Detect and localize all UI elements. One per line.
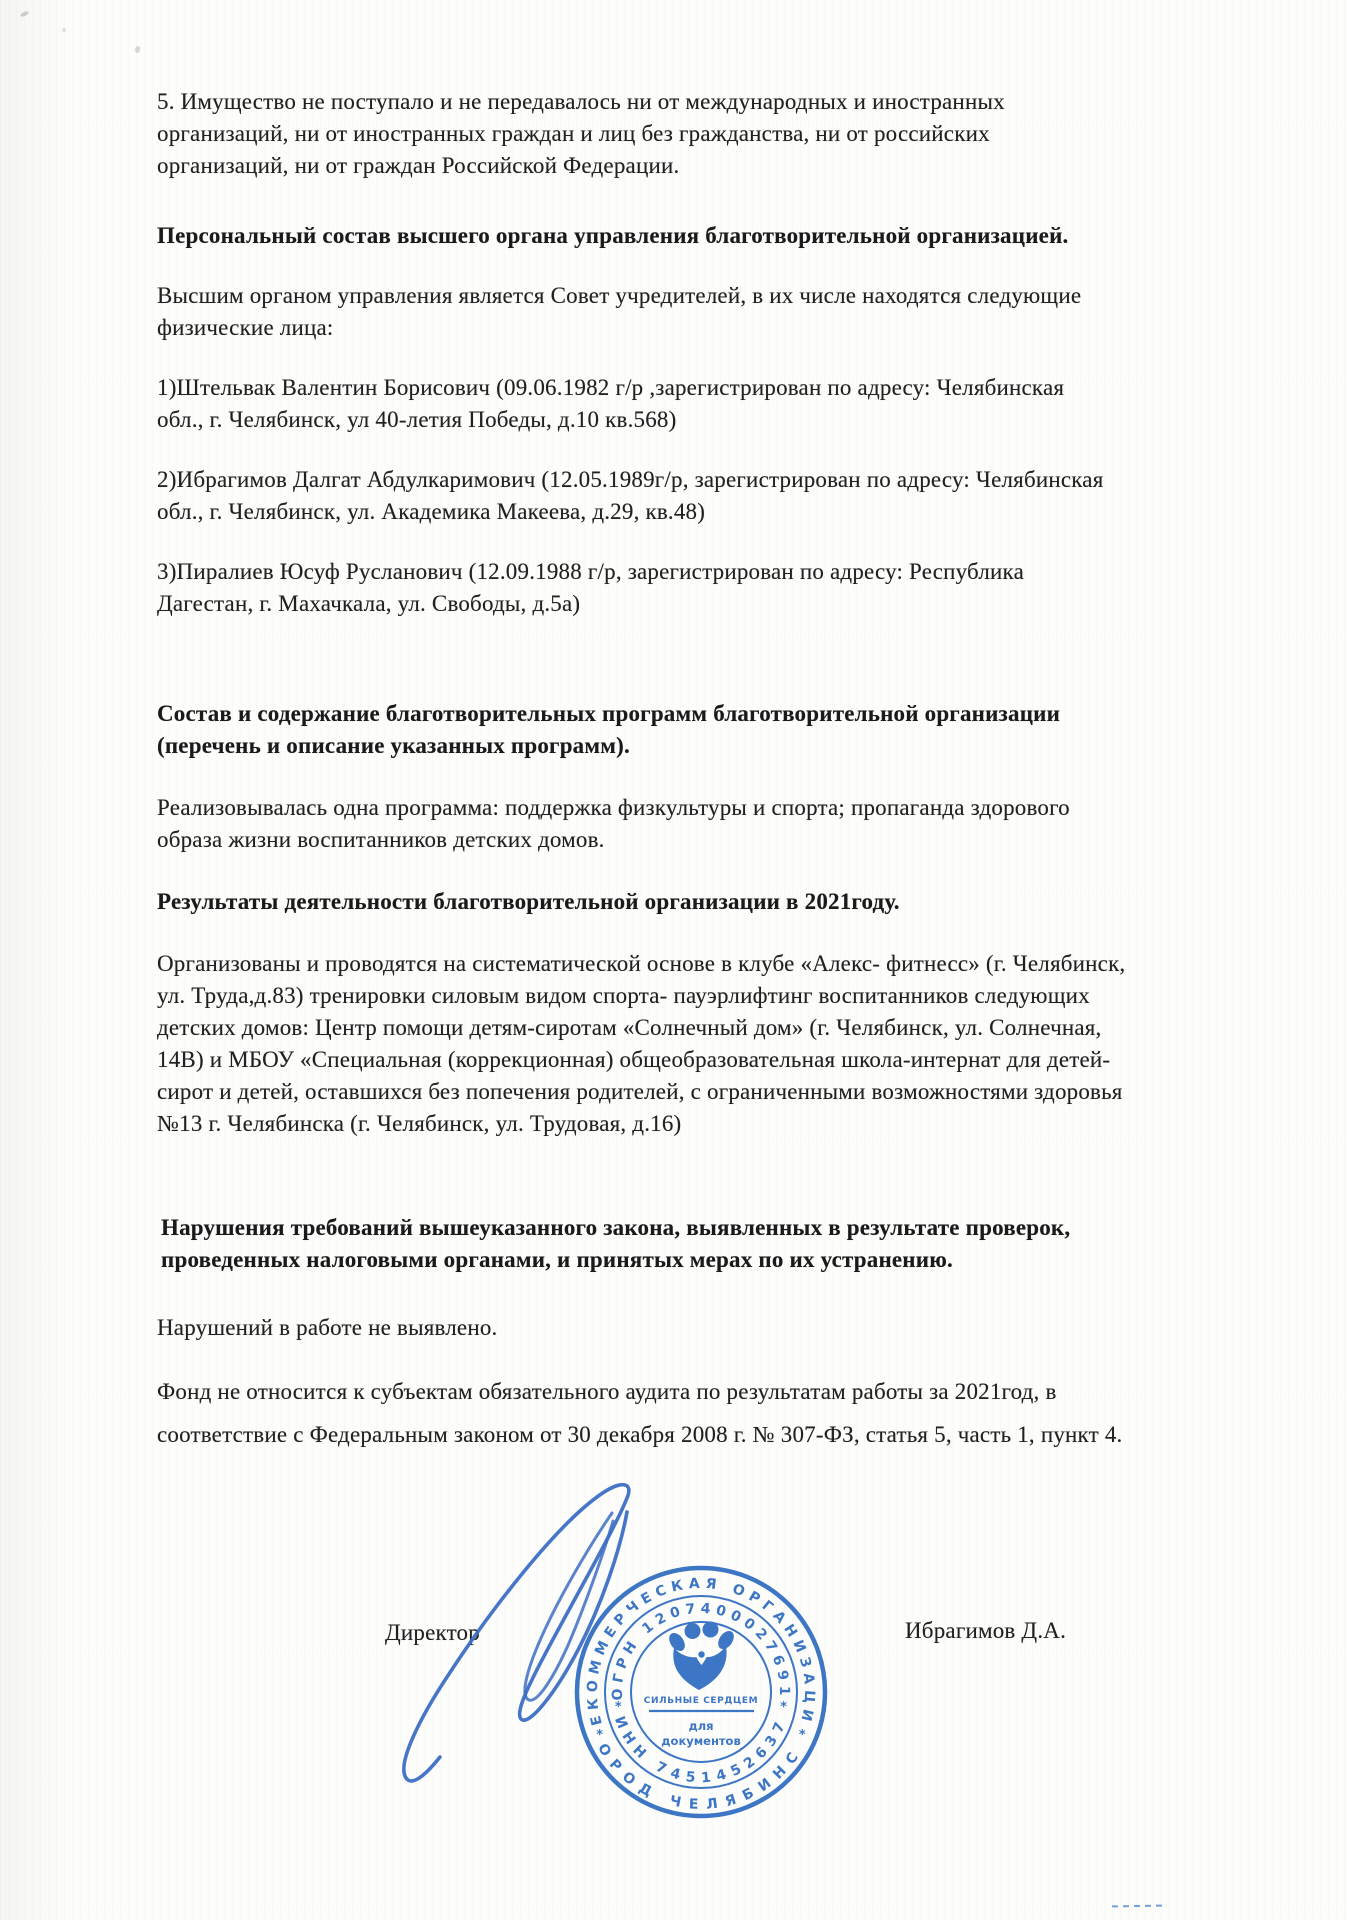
strong-hearted-people-logo <box>666 1622 737 1691</box>
organization-stamp: НЕКОММЕРЧЕСКАЯ ОРГАНИЗАЦИЯ ГОРОД ЧЕЛЯБИН… <box>571 1562 831 1822</box>
stamp-separator-star: * <box>596 1728 603 1743</box>
stamp-separator-star: * <box>799 1728 806 1743</box>
stamp-separator-star: * <box>615 1700 622 1715</box>
stamp-purpose-line2: документов <box>661 1734 740 1748</box>
stamp-middle-ring <box>605 1596 797 1788</box>
stamp-separator-star: * <box>780 1700 787 1715</box>
stamp-purpose-line1: для <box>688 1719 713 1733</box>
scanned-document-page: 5. Имущество не поступало и не передавал… <box>0 0 1347 1920</box>
stamp-motto: СИЛЬНЫЕ СЕРДЦЕМ <box>644 1696 758 1706</box>
